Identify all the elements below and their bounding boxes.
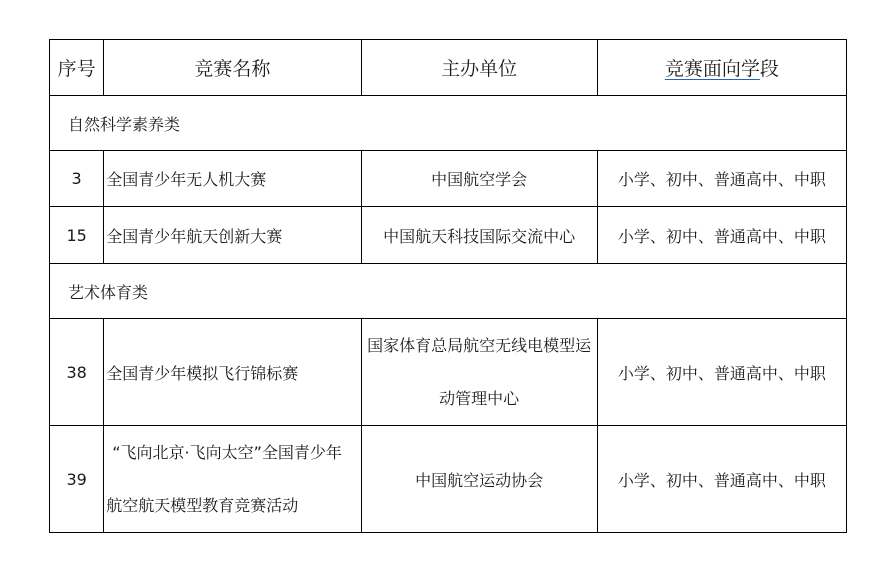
header-row: 序号 竞赛名称 主办单位 竞赛面向学段 bbox=[50, 40, 847, 96]
table-row: 15 全国青少年航天创新大赛 中国航天科技国际交流中心 小学、初中、普通高中、中… bbox=[50, 207, 847, 264]
name-line-2: 航空航天模型教育竞赛活动 bbox=[106, 479, 360, 532]
category-label: 艺术体育类 bbox=[50, 264, 847, 319]
header-organizer: 主办单位 bbox=[361, 40, 597, 96]
table-row: 39 “飞向北京·飞向太空”全国青少年 航空航天模型教育竞赛活动 中国航空运动协… bbox=[50, 426, 847, 533]
name-line-1: “飞向北京·飞向太空”全国青少年 bbox=[106, 426, 360, 479]
row-index: 39 bbox=[50, 426, 104, 533]
organizer-line-1: 国家体育总局航空无线电模型运 bbox=[362, 319, 597, 372]
row-organizer: 国家体育总局航空无线电模型运 动管理中心 bbox=[361, 319, 597, 426]
row-organizer: 中国航空运动协会 bbox=[361, 426, 597, 533]
row-index: 38 bbox=[50, 319, 104, 426]
category-row: 艺术体育类 bbox=[50, 264, 847, 319]
row-index: 15 bbox=[50, 207, 104, 264]
row-organizer: 中国航天科技国际交流中心 bbox=[361, 207, 597, 264]
header-index: 序号 bbox=[50, 40, 104, 96]
organizer-line-2: 动管理中心 bbox=[362, 372, 597, 425]
category-row: 自然科学素养类 bbox=[50, 96, 847, 151]
row-stages: 小学、初中、普通高中、中职 bbox=[597, 207, 846, 264]
header-stage-underlined: 竞赛面向学 bbox=[665, 58, 760, 80]
table-row: 38 全国青少年模拟飞行锦标赛 国家体育总局航空无线电模型运 动管理中心 小学、… bbox=[50, 319, 847, 426]
row-stages: 小学、初中、普通高中、中职 bbox=[597, 151, 846, 207]
row-name: 全国青少年航天创新大赛 bbox=[104, 207, 361, 264]
row-stages: 小学、初中、普通高中、中职 bbox=[597, 319, 846, 426]
row-name: 全国青少年模拟飞行锦标赛 bbox=[104, 319, 361, 426]
row-name: “飞向北京·飞向太空”全国青少年 航空航天模型教育竞赛活动 bbox=[104, 426, 361, 533]
row-organizer: 中国航空学会 bbox=[361, 151, 597, 207]
competition-table: 序号 竞赛名称 主办单位 竞赛面向学段 自然科学素养类 3 全国青少年无人机大赛… bbox=[49, 39, 847, 533]
table-row: 3 全国青少年无人机大赛 中国航空学会 小学、初中、普通高中、中职 bbox=[50, 151, 847, 207]
category-label: 自然科学素养类 bbox=[50, 96, 847, 151]
row-index: 3 bbox=[50, 151, 104, 207]
row-stages: 小学、初中、普通高中、中职 bbox=[597, 426, 846, 533]
header-name: 竞赛名称 bbox=[104, 40, 361, 96]
row-name: 全国青少年无人机大赛 bbox=[104, 151, 361, 207]
header-stage: 竞赛面向学段 bbox=[597, 40, 846, 96]
header-stage-rest: 段 bbox=[760, 58, 779, 80]
